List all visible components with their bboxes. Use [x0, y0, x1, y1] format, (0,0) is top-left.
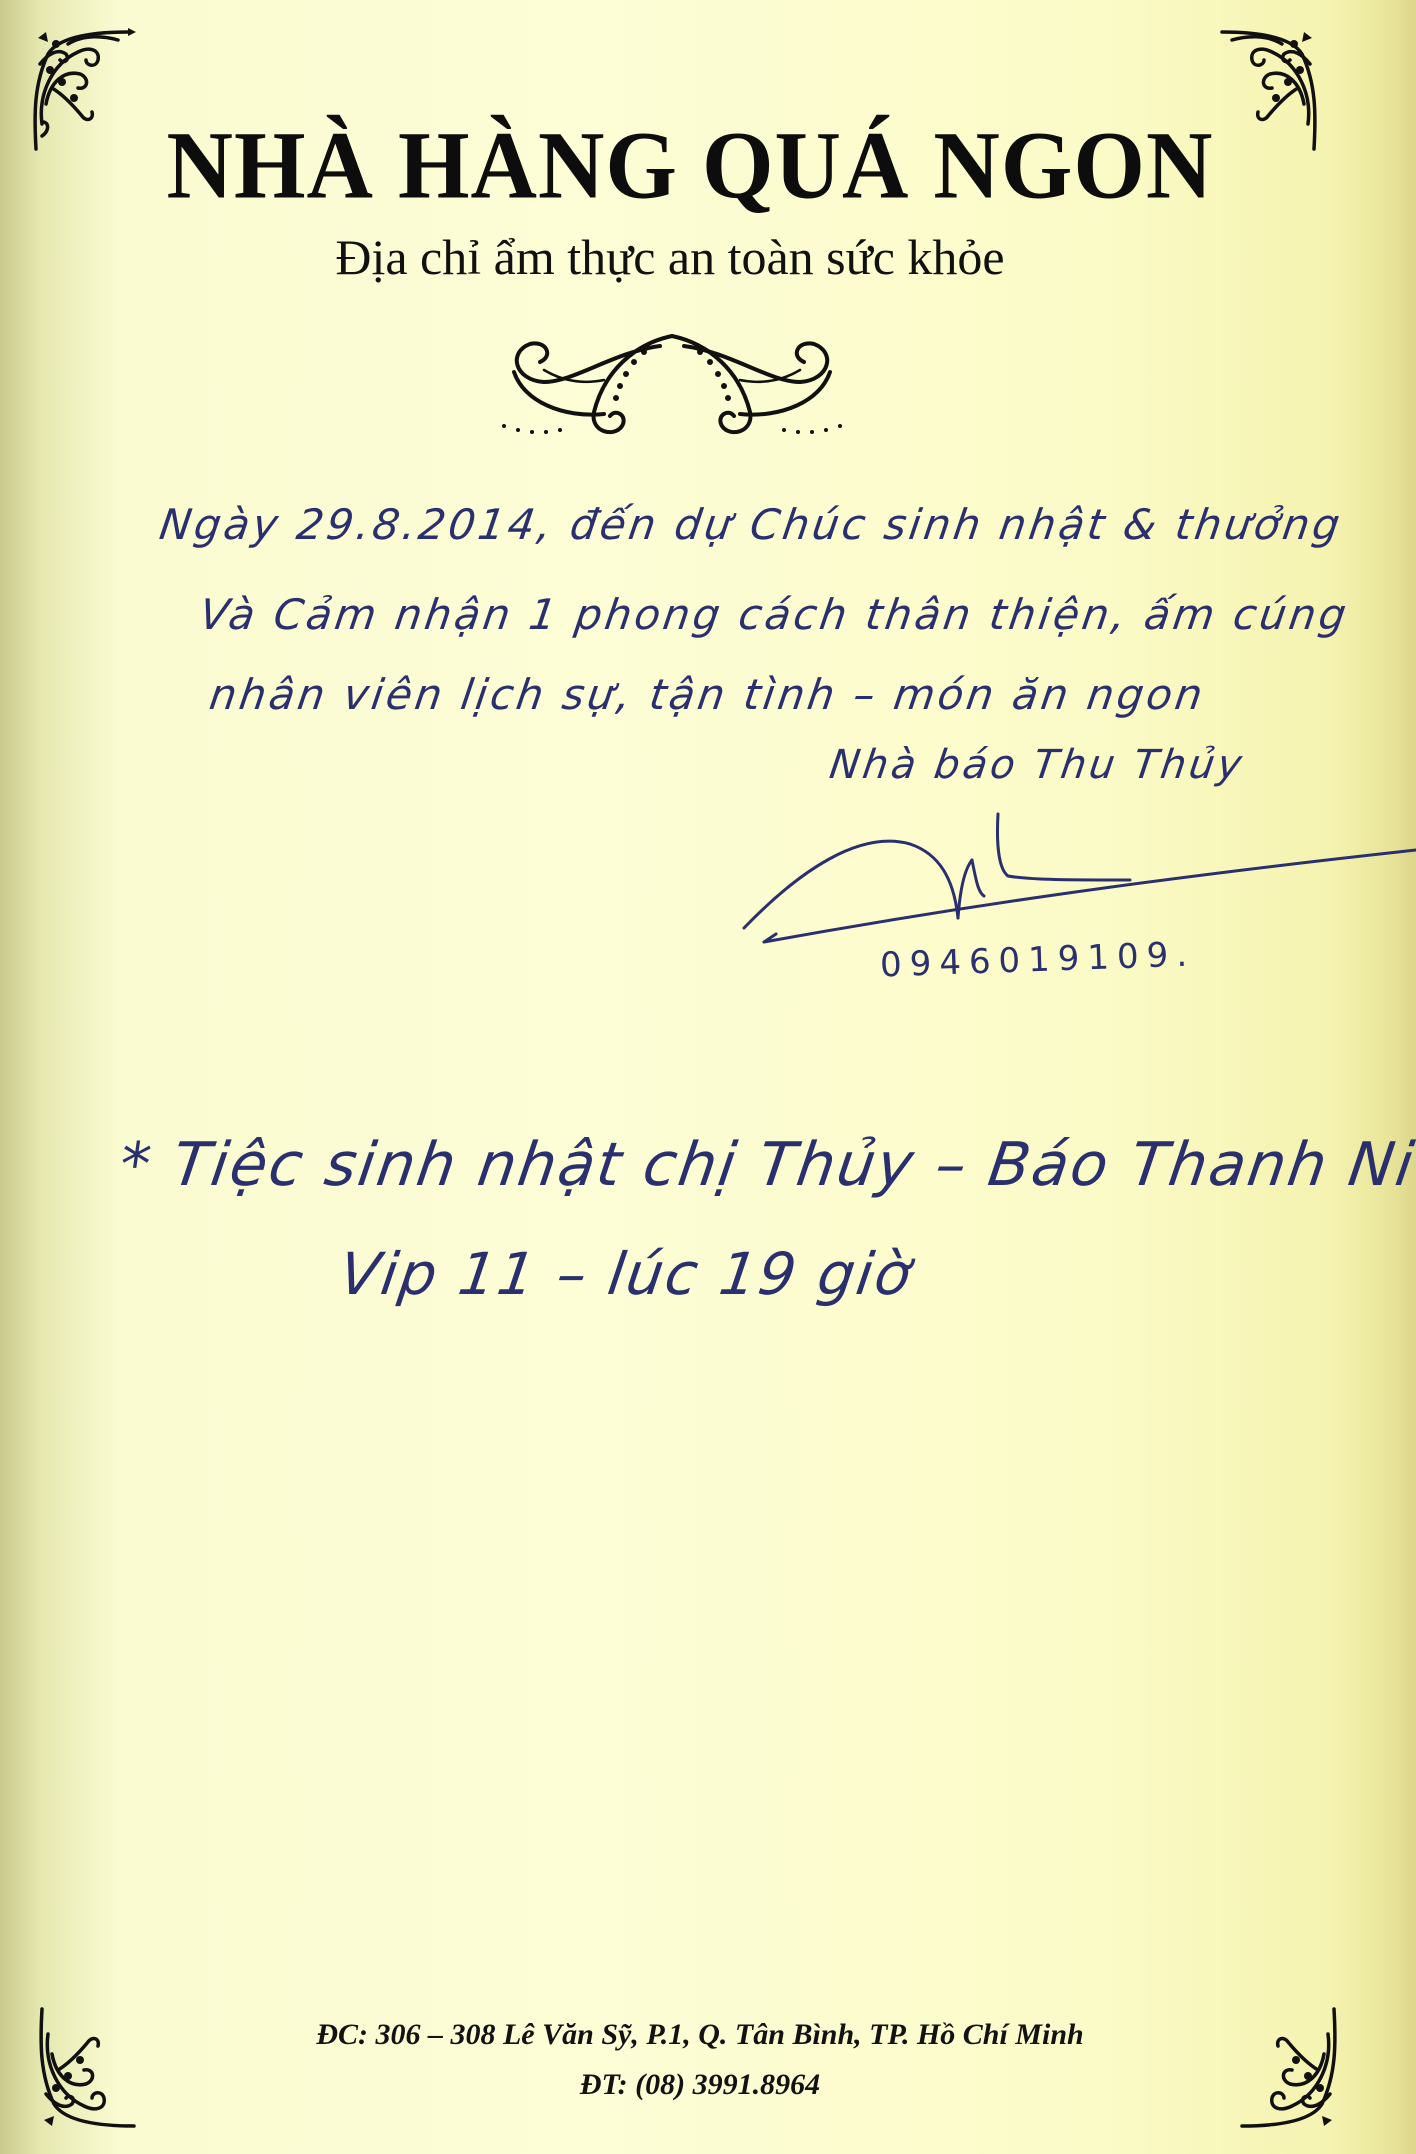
- guestbook-page: NHÀ HÀNG QUÁ NGON Địa chỉ ẩm thực an toà…: [0, 0, 1416, 2154]
- restaurant-phone: ĐT: (08) 3991.8964: [0, 2068, 1400, 2102]
- restaurant-tagline: Địa chỉ ẩm thực an toàn sức khỏe: [0, 228, 1340, 286]
- handwritten-note-line: Ngày 29.8.2014, đến dự Chúc sinh nhật & …: [157, 500, 1346, 549]
- reservation-note-line: * Tiệc sinh nhật chị Thủy – Báo Thanh Ni…: [115, 1130, 1416, 1200]
- handwritten-note-line: Và Cảm nhận 1 phong cách thân thiện, ấm …: [197, 590, 1353, 639]
- reservation-note-line: Vip 11 – lúc 19 giờ: [335, 1240, 917, 1308]
- handwritten-note-line: nhân viên lịch sự, tận tình – món ăn ngo…: [207, 670, 1209, 719]
- handwritten-signer-name: Nhà báo Thu Thủy: [827, 742, 1248, 788]
- restaurant-name: NHÀ HÀNG QUÁ NGON: [0, 109, 1380, 220]
- restaurant-address: ĐC: 306 – 308 Lê Văn Sỹ, P.1, Q. Tân Bìn…: [0, 2018, 1400, 2052]
- flourish-divider-icon: [484, 322, 860, 446]
